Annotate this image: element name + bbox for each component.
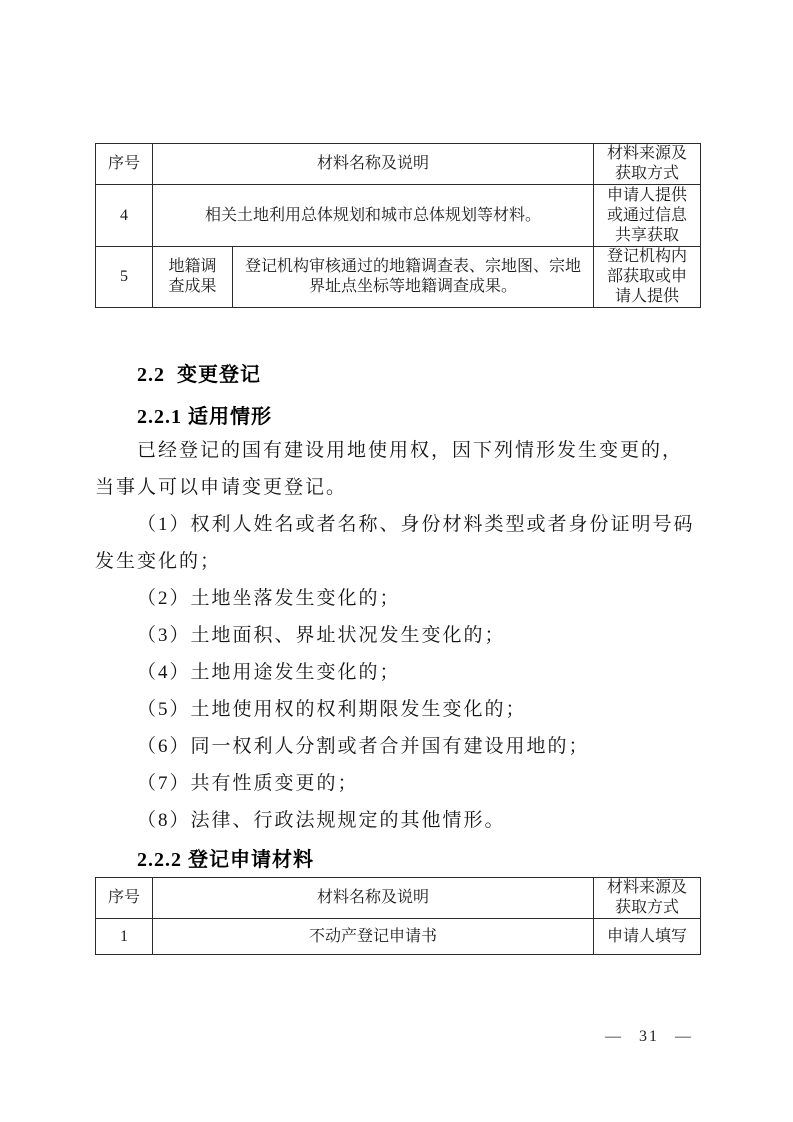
cell-material-source: 登记机构内部获取或申请人提供 xyxy=(594,247,701,308)
header-cell-no: 序号 xyxy=(96,144,153,185)
cell-material-source: 申请人填写 xyxy=(594,919,701,955)
header-cell-no: 序号 xyxy=(96,878,153,919)
cell-material-name: 相关土地利用总体规划和城市总体规划等材料。 xyxy=(153,185,594,247)
page-number: — 31 — xyxy=(605,1028,693,1046)
materials-table-continued: 序号 材料名称及说明 材料来源及获取方式 4 相关土地利用总体规划和城市总体规划… xyxy=(95,143,701,308)
header-cell-name: 材料名称及说明 xyxy=(153,878,594,919)
cell-material-name: 不动产登记申请书 xyxy=(153,919,594,955)
cell-row-no: 1 xyxy=(96,919,153,955)
cell-material-source: 申请人提供或通过信息共享获取 xyxy=(594,185,701,247)
list-item-4: （4）土地用途发生变化的； xyxy=(95,654,700,691)
section-heading-2-2-1: 2.2.1 适用情形 xyxy=(95,402,700,432)
cell-row-no: 4 xyxy=(96,185,153,247)
table-row-4: 4 相关土地利用总体规划和城市总体规划等材料。 申请人提供或通过信息共享获取 xyxy=(96,185,701,247)
table-header-row: 序号 材料名称及说明 材料来源及获取方式 xyxy=(96,878,701,919)
table-row-5: 5 地籍调查成果 登记机构审核通过的地籍调查表、宗地图、宗地界址点坐标等地籍调查… xyxy=(96,247,701,308)
list-item-3: （3）土地面积、界址状况发生变化的； xyxy=(95,617,700,654)
list-item-7: （7）共有性质变更的； xyxy=(95,765,700,802)
intro-paragraph: 已经登记的国有建设用地使用权，因下列情形发生变更的，当事人可以申请变更登记。 xyxy=(95,432,700,506)
section-heading-2-2-2: 2.2.2 登记申请材料 xyxy=(95,845,700,875)
cell-material-description: 登记机构审核通过的地籍调查表、宗地图、宗地界址点坐标等地籍调查成果。 xyxy=(233,247,594,308)
list-item-2: （2）土地坐落发生变化的； xyxy=(95,580,700,617)
cell-row-no: 5 xyxy=(96,247,153,308)
table-header-row: 序号 材料名称及说明 材料来源及获取方式 xyxy=(96,144,701,185)
header-cell-source: 材料来源及获取方式 xyxy=(594,878,701,919)
application-materials-table: 序号 材料名称及说明 材料来源及获取方式 1 不动产登记申请书 申请人填写 xyxy=(95,877,701,955)
list-item-6: （6）同一权利人分割或者合并国有建设用地的； xyxy=(95,728,700,765)
list-item-5: （5）土地使用权的权利期限发生变化的； xyxy=(95,691,700,728)
section-heading-2-2: 2.2 变更登记 xyxy=(95,360,700,390)
header-cell-source: 材料来源及获取方式 xyxy=(594,144,701,185)
table-row-1: 1 不动产登记申请书 申请人填写 xyxy=(96,919,701,955)
header-cell-name: 材料名称及说明 xyxy=(153,144,594,185)
cell-material-category: 地籍调查成果 xyxy=(153,247,233,308)
document-page: 序号 材料名称及说明 材料来源及获取方式 4 相关土地利用总体规划和城市总体规划… xyxy=(0,0,793,1122)
page-content: 序号 材料名称及说明 材料来源及获取方式 4 相关土地利用总体规划和城市总体规划… xyxy=(95,143,700,955)
list-item-8: （8）法律、行政法规规定的其他情形。 xyxy=(95,802,700,839)
section-body: 已经登记的国有建设用地使用权，因下列情形发生变更的，当事人可以申请变更登记。 （… xyxy=(95,432,700,839)
bottom-table-wrap: 序号 材料名称及说明 材料来源及获取方式 1 不动产登记申请书 申请人填写 xyxy=(95,877,700,955)
list-item-1: （1）权利人姓名或者名称、身份材料类型或者身份证明号码发生变化的； xyxy=(95,506,700,580)
